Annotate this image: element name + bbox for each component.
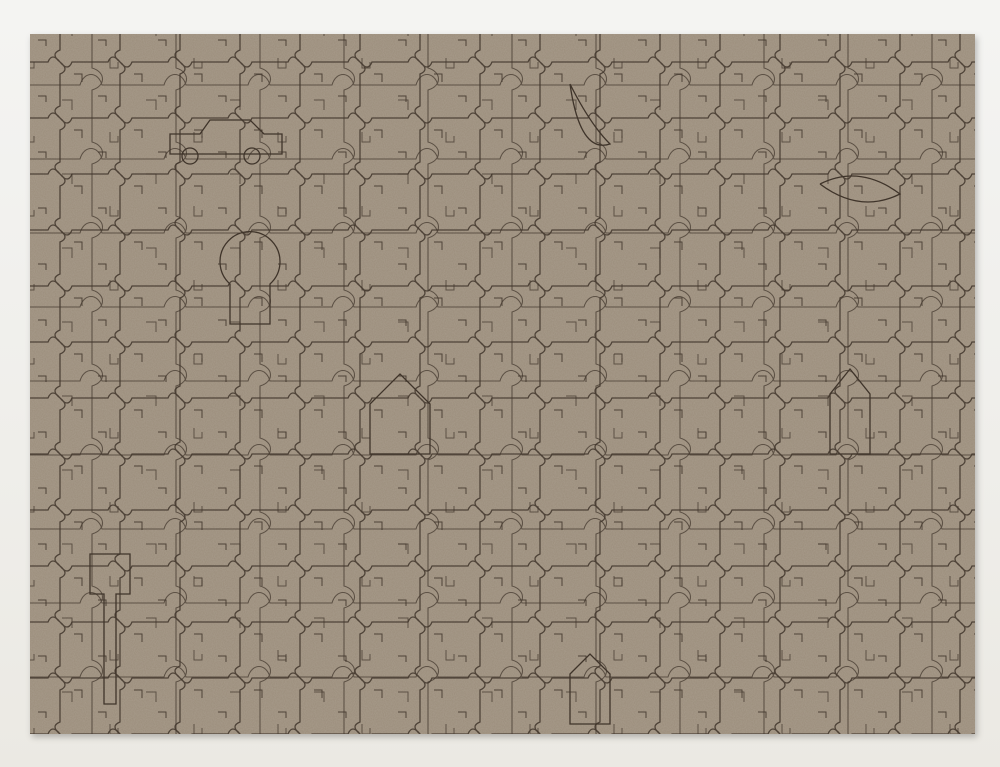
puzzle-cut-lines [30,34,975,734]
jigsaw-puzzle-board [30,34,975,734]
